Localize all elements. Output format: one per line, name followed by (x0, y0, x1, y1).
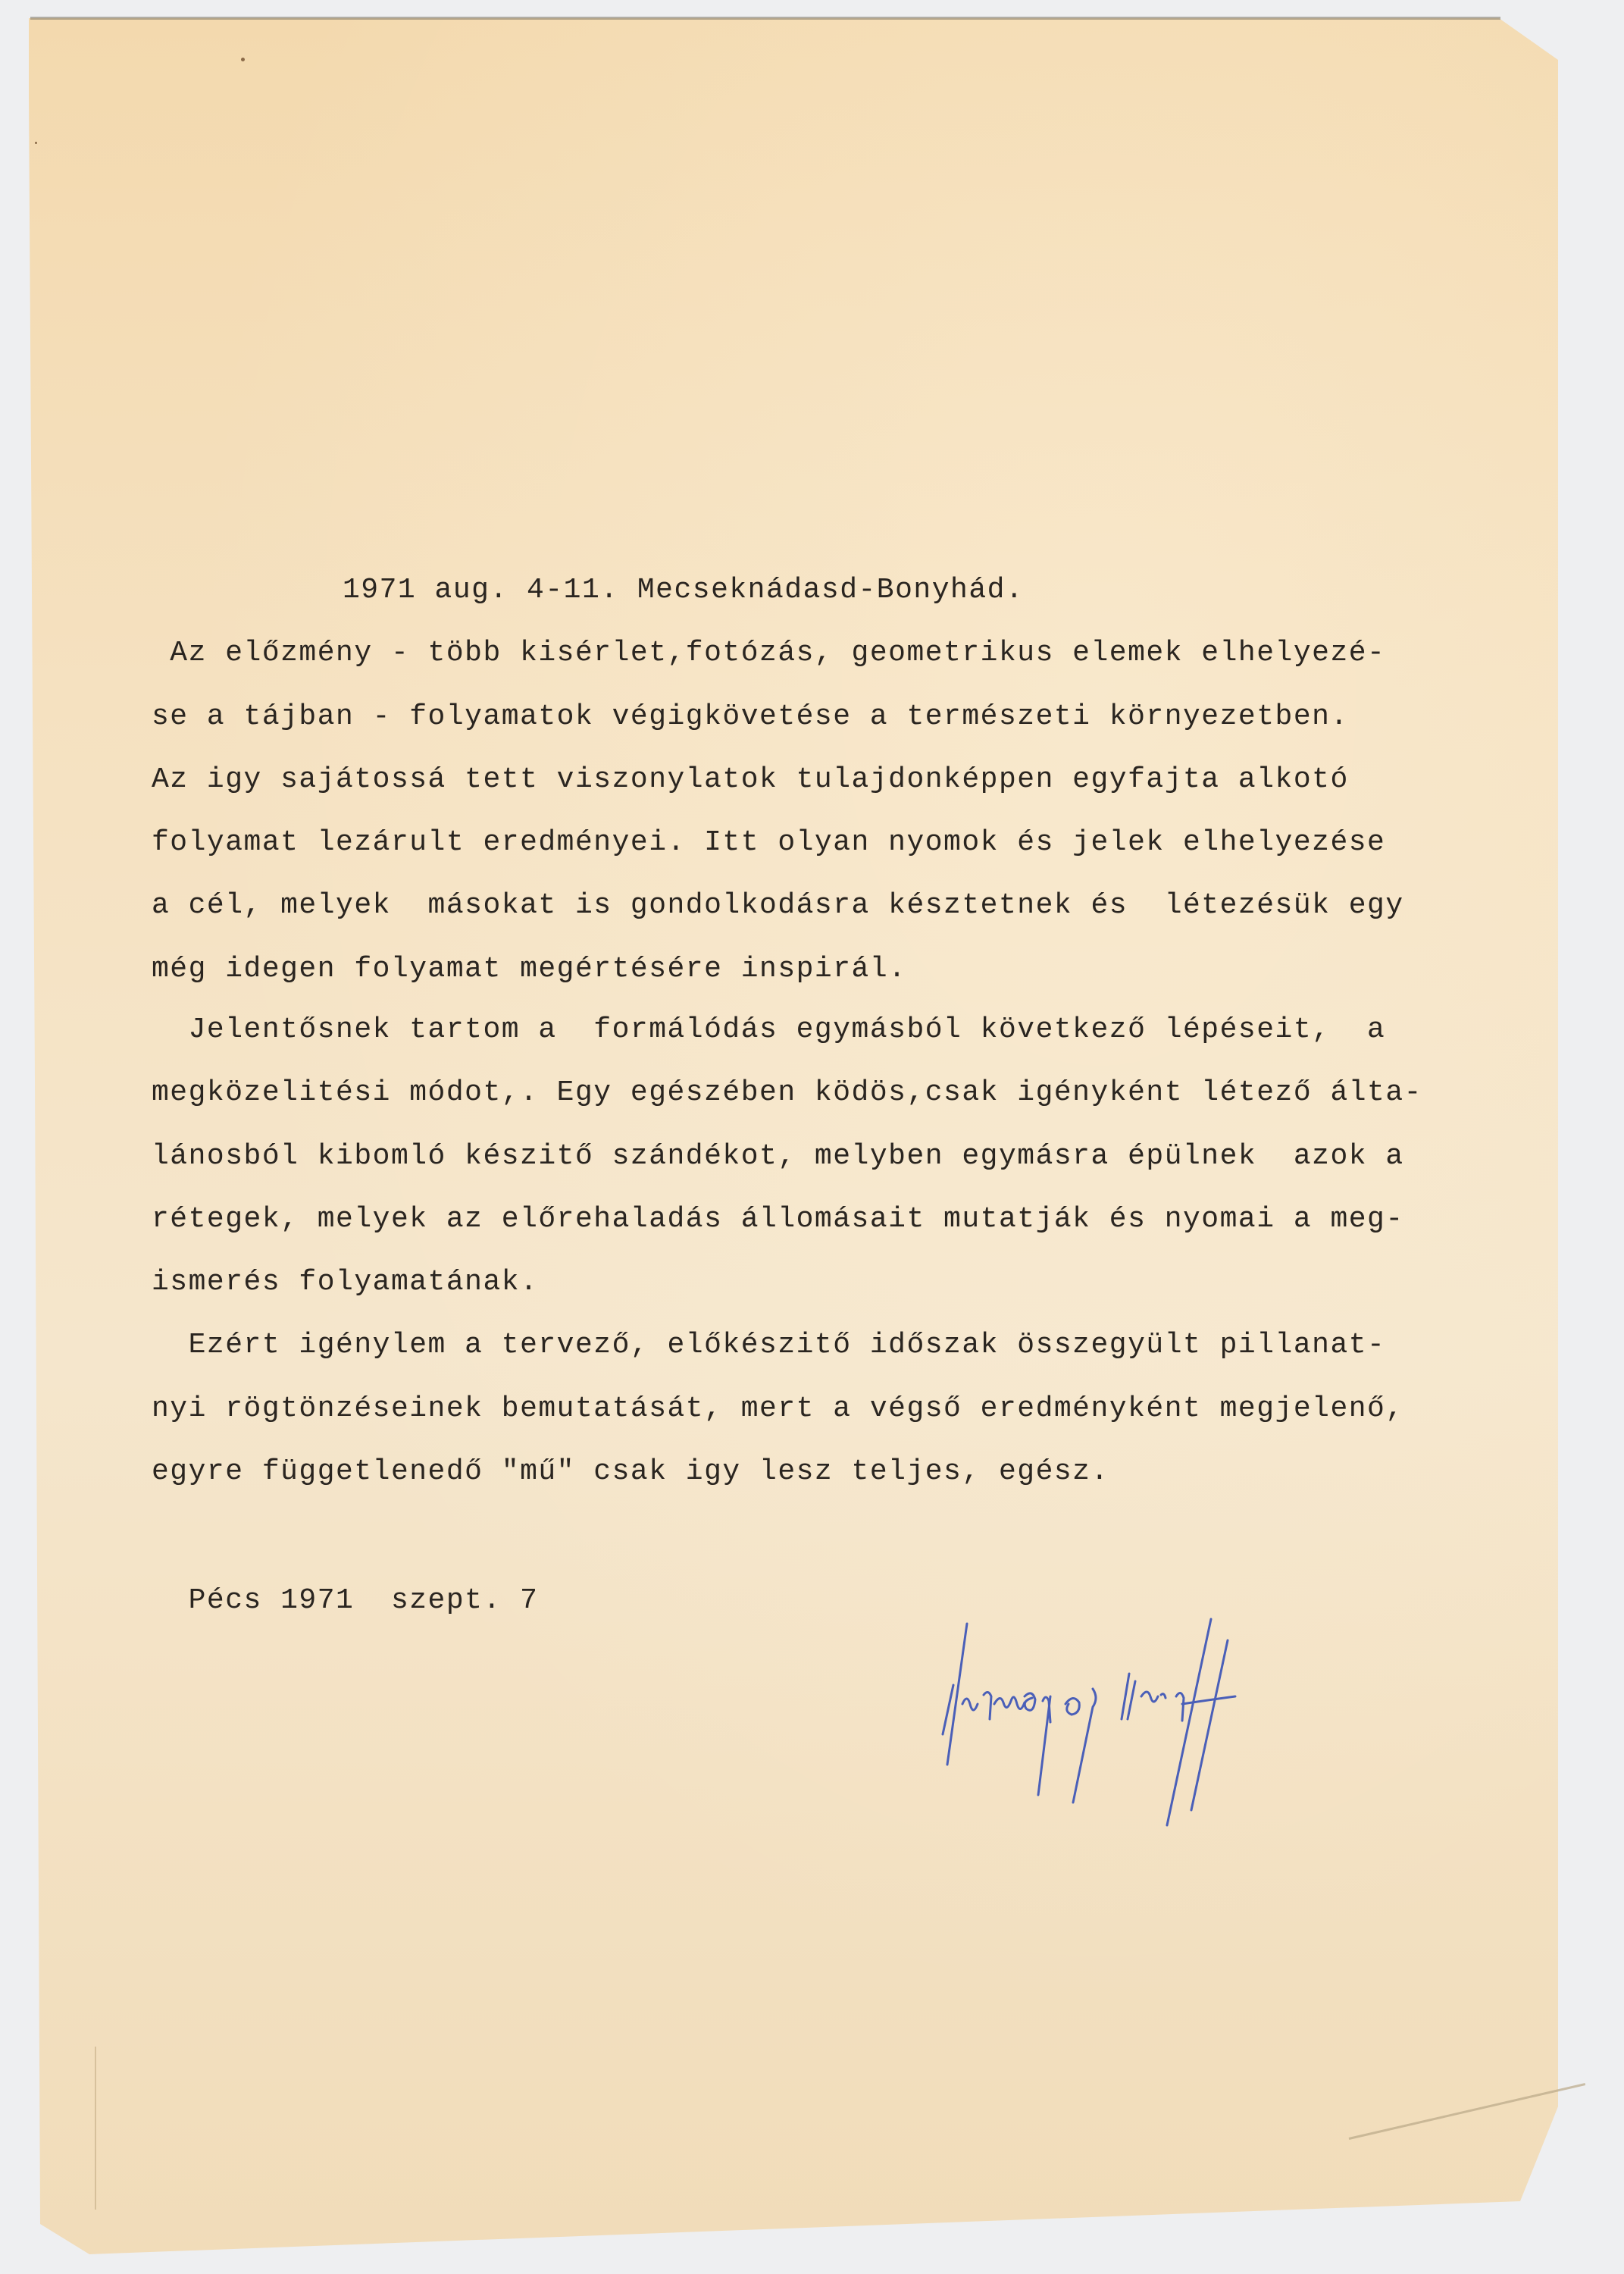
text-line: lánosból kibomló készitő szándékot, mely… (152, 1142, 1404, 1171)
text-line: Az igy sajátossá tett viszonylatok tulaj… (152, 766, 1349, 794)
paper-speck (241, 58, 245, 61)
text-line: még idegen folyamat megértésére inspirál… (152, 955, 906, 984)
paper-sheet (29, 18, 1558, 2254)
text-line: a cél, melyek másokat is gondolkodásra k… (152, 891, 1404, 920)
text-line: Ezért igénylem a tervező, előkészitő idő… (152, 1331, 1385, 1360)
text-line: egyre függetlenedő "mű" csak igy lesz te… (152, 1458, 1109, 1486)
text-line: nyi rögtönzéseinek bemutatását, mert a v… (152, 1395, 1404, 1424)
folded-corner-bottom-left (95, 2047, 96, 2210)
place-date-closing: Pécs 1971 szept. 7 (152, 1586, 538, 1615)
text-line: Az előzmény - több kisérlet,fotózás, geo… (152, 639, 1385, 668)
handwritten-signature: Kismányoky Károly (894, 1592, 1410, 1819)
text-line: megközelitési módot,. Egy egészében ködö… (152, 1079, 1422, 1107)
text-line: se a tájban - folyamatok végigkövetése a… (152, 703, 1349, 731)
text-line: folyamat lezárult eredményei. Itt olyan … (152, 828, 1385, 857)
paper-top-edge (30, 17, 1500, 20)
text-line: ismerés folyamatának. (152, 1268, 538, 1297)
signature-strokes-icon (894, 1605, 1410, 1833)
text-line: rétegek, melyek az előrehaladás állomása… (152, 1205, 1404, 1234)
paper-speck (35, 142, 37, 144)
text-line: Jelentősnek tartom a formálódás egymásbó… (152, 1016, 1385, 1045)
document-heading: 1971 aug. 4-11. Mecseknádasd-Bonyhád. (343, 576, 1024, 605)
